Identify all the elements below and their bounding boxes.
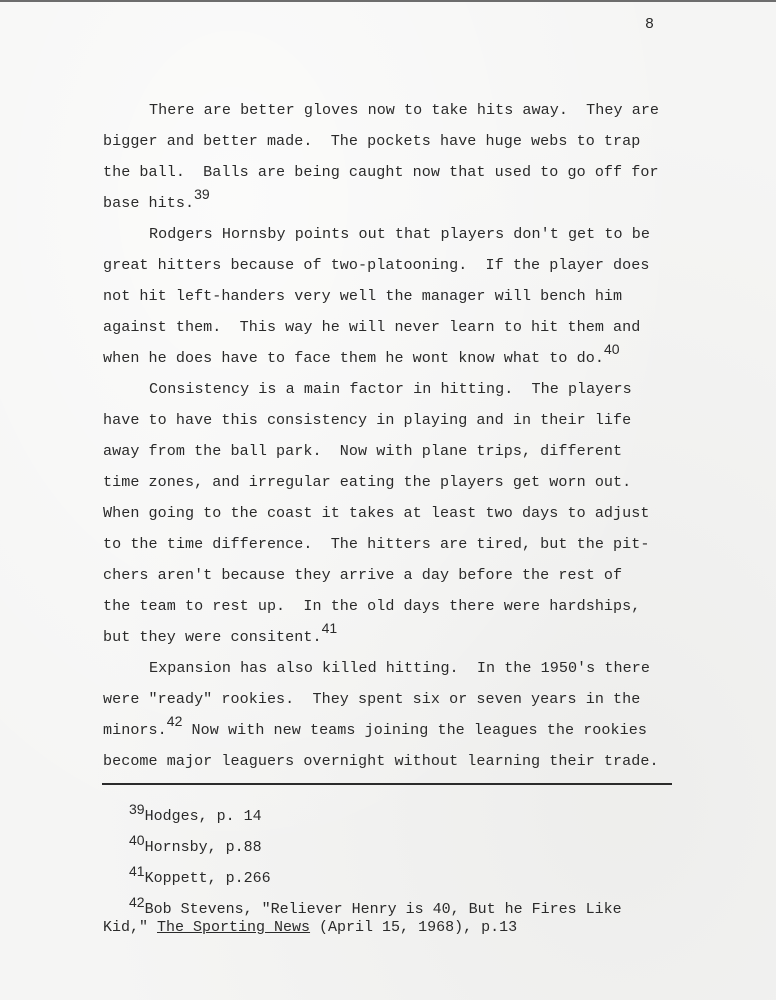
text-line: chers aren't because they arrive a day b…: [103, 560, 703, 591]
line-text: time zones, and irregular eating the pla…: [103, 473, 631, 491]
line-text: not hit left-handers very well the manag…: [103, 287, 622, 305]
text-line: time zones, and irregular eating the pla…: [103, 467, 703, 498]
line-text: against them. This way he will never lea…: [103, 318, 640, 336]
footnote-cont-text: (April 15, 1968), p.13: [310, 919, 517, 936]
footnote-text: Koppett, p.266: [145, 870, 271, 887]
line-text: the team to rest up. In the old days the…: [103, 597, 640, 615]
footnote-continuation: Kid," The Sporting News (April 15, 1968)…: [103, 919, 723, 937]
line-text: Expansion has also killed hitting. In th…: [149, 659, 650, 677]
text-line: There are better gloves now to take hits…: [103, 95, 703, 126]
text-line: were "ready" rookies. They spent six or …: [103, 684, 703, 715]
text-line: when he does have to face them he wont k…: [103, 343, 703, 374]
footnote-marker: 42: [167, 713, 183, 729]
line-text: when he does have to face them he wont k…: [103, 349, 604, 367]
line-text: but they were consitent.: [103, 628, 322, 646]
footnote-text: Hornsby, p.88: [145, 839, 262, 856]
text-line: not hit left-handers very well the manag…: [103, 281, 703, 312]
line-text: bigger and better made. The pockets have…: [103, 132, 640, 150]
page-top-edge: [0, 0, 776, 2]
footnote-number: 39: [129, 801, 145, 817]
line-text: away from the ball park. Now with plane …: [103, 442, 622, 460]
footnote-text: Hodges, p. 14: [145, 808, 262, 825]
line-text: become major leaguers overnight without …: [103, 752, 659, 770]
text-line: great hitters because of two-platooning.…: [103, 250, 703, 281]
footnote-40: 40Hornsby, p.88: [103, 831, 723, 862]
line-text: When going to the coast it takes at leas…: [103, 504, 649, 522]
footnote-marker: 41: [322, 620, 338, 636]
footnote-42: 42Bob Stevens, "Reliever Henry is 40, Bu…: [103, 893, 723, 937]
text-line: to the time difference. The hitters are …: [103, 529, 703, 560]
line-text: base hits.: [103, 194, 194, 212]
body-text: There are better gloves now to take hits…: [103, 95, 703, 777]
footnote-cont-text: Kid,": [103, 919, 157, 936]
text-line: against them. This way he will never lea…: [103, 312, 703, 343]
line-text: great hitters because of two-platooning.…: [103, 256, 649, 274]
footnote-number: 40: [129, 832, 145, 848]
text-line: the ball. Balls are being caught now tha…: [103, 157, 703, 188]
document-page: 8 There are better gloves now to take hi…: [0, 0, 776, 1000]
line-text: the ball. Balls are being caught now tha…: [103, 163, 659, 181]
footnote-text: Bob Stevens, "Reliever Henry is 40, But …: [145, 901, 622, 918]
text-line: Expansion has also killed hitting. In th…: [103, 653, 703, 684]
footnote-marker: 39: [194, 186, 210, 202]
page-number: 8: [645, 16, 654, 33]
footnote-41: 41Koppett, p.266: [103, 862, 723, 893]
text-line: bigger and better made. The pockets have…: [103, 126, 703, 157]
line-text: were "ready" rookies. They spent six or …: [103, 690, 640, 708]
text-line: minors.42 Now with new teams joining the…: [103, 715, 703, 746]
footnote-number: 42: [129, 894, 145, 910]
line-text: There are better gloves now to take hits…: [149, 101, 659, 119]
publication-title: The Sporting News: [157, 919, 310, 936]
text-line: away from the ball park. Now with plane …: [103, 436, 703, 467]
text-line: When going to the coast it takes at leas…: [103, 498, 703, 529]
line-text: Consistency is a main factor in hitting.…: [149, 380, 632, 398]
footnote-marker: 40: [604, 341, 620, 357]
text-line: have to have this consistency in playing…: [103, 405, 703, 436]
footnote-39: 39Hodges, p. 14: [103, 800, 723, 831]
line-text-continued: Now with new teams joining the leagues t…: [182, 721, 647, 739]
text-line: Consistency is a main factor in hitting.…: [103, 374, 703, 405]
footnotes: 39Hodges, p. 1440Hornsby, p.8841Koppett,…: [103, 800, 723, 937]
line-text: have to have this consistency in playing…: [103, 411, 631, 429]
text-line: the team to rest up. In the old days the…: [103, 591, 703, 622]
line-text: chers aren't because they arrive a day b…: [103, 566, 622, 584]
text-line: Rodgers Hornsby points out that players …: [103, 219, 703, 250]
text-line: become major leaguers overnight without …: [103, 746, 703, 777]
line-text: to the time difference. The hitters are …: [103, 535, 649, 553]
text-line: base hits.39: [103, 188, 703, 219]
footnote-number: 41: [129, 863, 145, 879]
line-text: Rodgers Hornsby points out that players …: [149, 225, 650, 243]
line-text: minors.: [103, 721, 167, 739]
footnote-divider: [102, 783, 672, 785]
text-line: but they were consitent.41: [103, 622, 703, 653]
